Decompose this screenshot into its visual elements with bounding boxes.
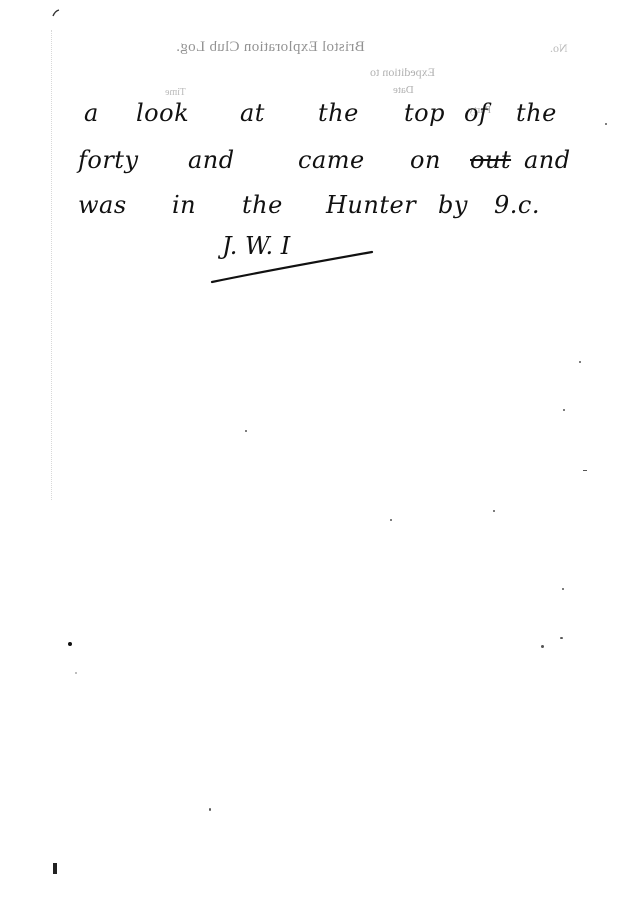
crossed-out-word: out bbox=[470, 146, 511, 174]
word: top bbox=[404, 99, 445, 127]
ink-speck bbox=[583, 470, 587, 471]
bleed-through-field-time: Time bbox=[165, 87, 186, 98]
ink-speck bbox=[493, 510, 495, 512]
word: and bbox=[188, 146, 235, 174]
corner-pen-mark bbox=[52, 9, 60, 17]
ink-speck bbox=[541, 645, 544, 648]
ink-speck bbox=[209, 808, 211, 811]
word: came bbox=[298, 146, 365, 174]
ink-speck bbox=[560, 637, 563, 639]
ink-speck bbox=[562, 588, 564, 590]
word: by bbox=[438, 191, 468, 219]
bleed-through-subtitle: Expedition to bbox=[370, 65, 435, 80]
footer-pen-mark bbox=[53, 863, 57, 874]
word: in bbox=[172, 191, 196, 219]
document-page: Bristol Exploration Club Log. Expedition… bbox=[0, 0, 643, 913]
word: look bbox=[136, 99, 189, 127]
ink-speck bbox=[579, 361, 581, 363]
word: at bbox=[240, 99, 265, 127]
ink-speck bbox=[605, 123, 607, 125]
ink-speck bbox=[245, 430, 247, 432]
word: 9.c. bbox=[494, 191, 540, 219]
word: the bbox=[516, 99, 557, 127]
ink-speck bbox=[563, 409, 565, 411]
margin-guide bbox=[51, 30, 53, 500]
word: the bbox=[242, 191, 283, 219]
word: Hunter bbox=[326, 191, 416, 219]
word: the bbox=[318, 99, 359, 127]
word: was bbox=[78, 191, 127, 219]
word: forty bbox=[78, 146, 139, 174]
bleed-through-title: Bristol Exploration Club Log. bbox=[176, 39, 365, 56]
ink-speck bbox=[75, 672, 77, 674]
signature-underline bbox=[210, 248, 375, 286]
word: on bbox=[410, 146, 441, 174]
ink-speck bbox=[68, 642, 72, 646]
word: and bbox=[524, 146, 571, 174]
bleed-through-number-label: No. bbox=[550, 41, 568, 56]
word: a bbox=[84, 99, 99, 127]
word: of bbox=[464, 99, 488, 127]
ink-speck bbox=[390, 519, 392, 521]
bleed-through-field-date: Date bbox=[393, 84, 414, 96]
